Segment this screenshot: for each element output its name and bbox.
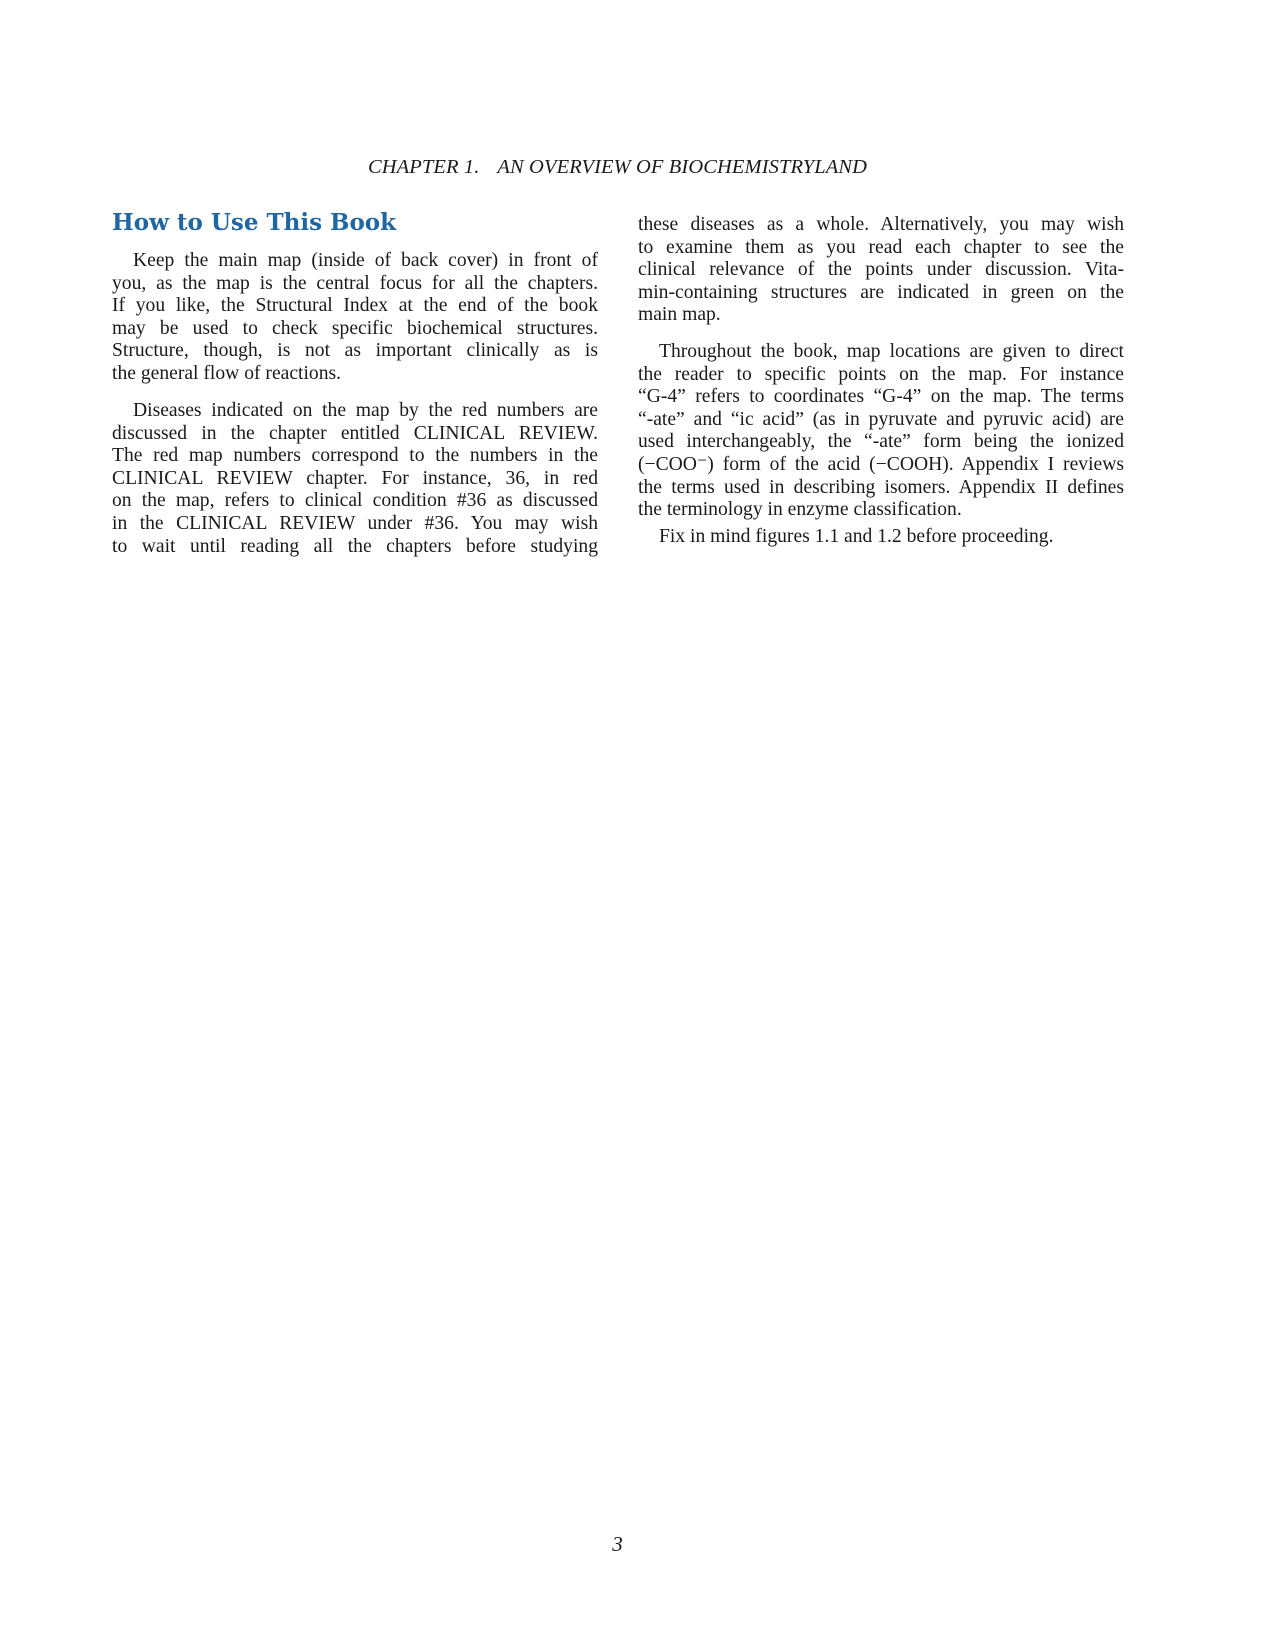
- text-line: The red map numbers correspond to the nu…: [112, 445, 598, 468]
- text-line: discussed in the chapter entitled CLINIC…: [112, 423, 598, 446]
- text-line: you, as the map is the central focus for…: [112, 273, 598, 296]
- text-line: If you like, the Structural Index at the…: [112, 295, 598, 318]
- text-line: “-ate” and “ic acid” (as in pyruvate and…: [638, 409, 1124, 432]
- text-line: min-containing structures are indicated …: [638, 282, 1124, 305]
- text-line: to examine them as you read each chapter…: [638, 237, 1124, 260]
- text-line: these diseases as a whole. Alternatively…: [638, 214, 1124, 237]
- running-header: CHAPTER 1.AN OVERVIEW OF BIOCHEMISTRYLAN…: [0, 156, 1235, 179]
- paragraph-fix-in-mind: Fix in mind figures 1.1 and 1.2 before p…: [638, 526, 1124, 549]
- chapter-label: CHAPTER 1.: [368, 156, 479, 178]
- text-line: Diseases indicated on the map by the red…: [112, 400, 598, 423]
- text-line: to wait until reading all the chapters b…: [112, 536, 598, 559]
- text-line: the general flow of reactions.: [112, 363, 598, 386]
- paragraph-diseases-continued: these diseases as a whole. Alternatively…: [638, 214, 1124, 327]
- text-line: clinical relevance of the points under d…: [638, 259, 1124, 282]
- text-line: Structure, though, is not as important c…: [112, 340, 598, 363]
- chapter-title: AN OVERVIEW OF BIOCHEMISTRYLAND: [497, 156, 867, 178]
- section-title: How to Use This Book: [112, 209, 396, 236]
- text-line: the terms used in describing isomers. Ap…: [638, 477, 1124, 500]
- text-line: “G-4” refers to coordinates “G-4” on the…: [638, 386, 1124, 409]
- text-line: in the CLINICAL REVIEW under #36. You ma…: [112, 513, 598, 536]
- text-line: (−COO⁻) form of the acid (−COOH). Append…: [638, 454, 1124, 477]
- paragraph-diseases: Diseases indicated on the map by the red…: [112, 400, 598, 558]
- paragraph-map-usage: Keep the main map (inside of back cover)…: [112, 250, 598, 386]
- text-line: main map.: [638, 304, 1124, 327]
- paragraph-map-locations: Throughout the book, map locations are g…: [638, 341, 1124, 522]
- text-line: Keep the main map (inside of back cover)…: [112, 250, 598, 273]
- text-line: the reader to specific points on the map…: [638, 364, 1124, 387]
- text-line: may be used to check specific biochemica…: [112, 318, 598, 341]
- page-number: 3: [0, 1532, 1235, 1557]
- text-line: the terminology in enzyme classification…: [638, 499, 1124, 522]
- text-line: CLINICAL REVIEW chapter. For instance, 3…: [112, 468, 598, 491]
- text-line: on the map, refers to clinical condition…: [112, 490, 598, 513]
- text-line: Throughout the book, map locations are g…: [638, 341, 1124, 364]
- text-line: used interchangeably, the “-ate” form be…: [638, 431, 1124, 454]
- text-line: Fix in mind figures 1.1 and 1.2 before p…: [638, 526, 1124, 549]
